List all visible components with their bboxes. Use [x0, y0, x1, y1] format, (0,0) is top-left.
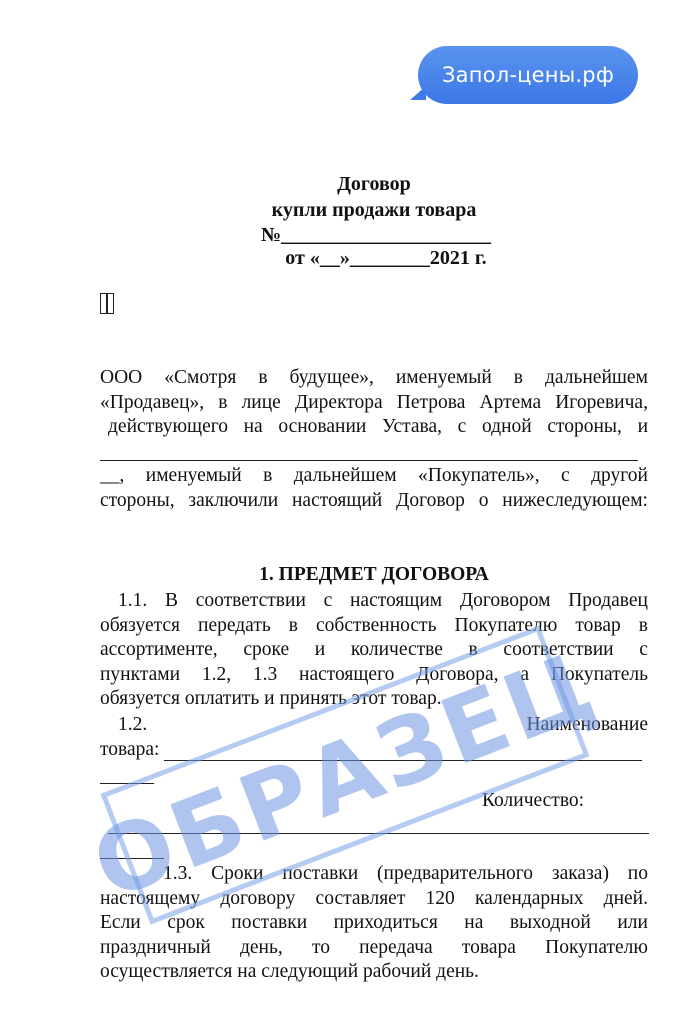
missing-glyph-icon	[100, 293, 114, 314]
word: на	[244, 415, 263, 440]
word: ООО	[100, 366, 142, 391]
word: количестве	[351, 638, 443, 663]
word: Покупатель	[551, 663, 648, 688]
word: Петрова	[397, 391, 466, 416]
brand-badge-text: Запол-цены.рф	[442, 63, 614, 87]
word: Устава,	[382, 415, 442, 440]
word: стороны,	[547, 415, 622, 440]
preamble: ООО«Смотрявбудущее»,именуемыйвдальнейшем…	[100, 366, 648, 440]
word: «Смотря	[164, 366, 236, 391]
word: в	[218, 391, 227, 416]
word: лице	[242, 391, 281, 416]
doc-number-line: №_____________________	[26, 224, 700, 247]
word: именуемый	[396, 366, 492, 391]
word: с	[561, 464, 570, 489]
word: товар	[575, 614, 620, 639]
word: В	[165, 589, 178, 614]
word: Продавец	[568, 589, 648, 614]
word: дней.	[604, 887, 648, 912]
preamble-line: ООО«Смотрявбудущее»,именуемыйвдальнейшем	[100, 366, 648, 391]
clause-line: Еслисрокпоставкиприходитьсянавыходнойили	[100, 911, 648, 936]
word: в	[469, 638, 478, 663]
word: настоящему	[100, 887, 200, 912]
word: другой	[591, 464, 648, 489]
doc-title: Договор	[24, 173, 700, 196]
word: 120	[426, 887, 455, 912]
word: выходной	[510, 911, 591, 936]
word: Договором	[460, 589, 551, 614]
word: стороны,	[100, 489, 175, 514]
preamble-line: «Продавец»,влицеДиректораПетроваАртемаИг…	[100, 391, 648, 416]
clause-line: пунктами1.2,1.3настоящегоДоговора,аПокуп…	[100, 663, 648, 688]
word: заключили	[188, 489, 278, 514]
word: настоящего	[299, 663, 394, 688]
clause-line: обязуется оплатить и принять этот товар.	[100, 687, 648, 712]
word: на	[464, 911, 483, 936]
word: настоящим	[350, 589, 442, 614]
word: с	[324, 589, 333, 614]
word: заказа)	[552, 862, 609, 887]
clause-line: 1.3.Срокипоставки(предварительногозаказа…	[100, 862, 648, 887]
quantity-label: Количество:	[482, 789, 584, 814]
word: поставки	[231, 911, 307, 936]
word: 1.2,	[202, 663, 231, 688]
word: составляет	[316, 887, 406, 912]
quantity-field-cont[interactable]	[100, 858, 164, 859]
word: передача	[359, 936, 433, 961]
product-name-field-cont[interactable]	[100, 783, 154, 784]
word: поставки	[282, 862, 358, 887]
clause-line: настоящемудоговорусоставляет120календарн…	[100, 887, 648, 912]
clause-number: 1.2.	[118, 713, 147, 738]
clause-1-1: 1.1.ВсоответствииснастоящимДоговоромПрод…	[100, 589, 648, 712]
word: дальнейшем	[545, 366, 648, 391]
word: «Продавец»,	[100, 391, 204, 416]
word: Договор	[396, 489, 465, 514]
preamble-cont: __,именуемыйвдальнейшем«Покупатель»,сдру…	[100, 464, 648, 513]
word: приходиться	[334, 911, 438, 936]
word: в	[639, 614, 648, 639]
quantity-field[interactable]	[108, 833, 649, 834]
name-label: Наименование	[527, 713, 649, 738]
preamble-line: действующегонаоснованииУстава,соднойстор…	[100, 415, 648, 440]
word: __,	[100, 464, 124, 489]
word: «Покупатель»,	[418, 464, 540, 489]
clause-line: обязуетсяпередатьвсобственностьПокупател…	[100, 614, 648, 639]
clause-line: 1.1.ВсоответствииснастоящимДоговоромПрод…	[100, 589, 648, 614]
word: а	[520, 663, 529, 688]
word: Директора	[295, 391, 383, 416]
word: Игоревича,	[555, 391, 648, 416]
doc-date-line: от «__»________2021 г.	[36, 247, 700, 270]
word: 1.3	[253, 663, 277, 688]
word: и	[315, 638, 325, 663]
word: ассортименте,	[100, 638, 218, 663]
word: действующего	[108, 415, 228, 440]
clause-1-3: 1.3.Срокипоставки(предварительногозаказа…	[100, 862, 648, 985]
word: с	[458, 415, 467, 440]
clause-line: ассортименте,срокеиколичествевсоответств…	[100, 638, 648, 663]
word: собственность	[316, 614, 436, 639]
clause-line: праздничныйдень,топередачатовараПокупате…	[100, 936, 648, 961]
word: (предварительного	[377, 862, 533, 887]
word: Если	[100, 911, 141, 936]
section-heading: 1. ПРЕДМЕТ ДОГОВОРА	[0, 564, 700, 586]
word: соответствии	[196, 589, 306, 614]
word: с	[639, 638, 648, 663]
word: соответствии	[503, 638, 613, 663]
word: 1.3.	[163, 862, 192, 887]
preamble-line: стороны,заключилинастоящийДоговоронижесл…	[100, 489, 648, 514]
word: договору	[220, 887, 295, 912]
product-name-field[interactable]	[164, 760, 642, 761]
buyer-name-blank[interactable]	[100, 460, 638, 461]
word: день,	[240, 936, 283, 961]
word: календарных	[475, 887, 583, 912]
word: в	[514, 366, 523, 391]
word: пунктами	[100, 663, 180, 688]
word: срок	[167, 911, 205, 936]
word: настоящий	[292, 489, 382, 514]
word: в	[258, 366, 267, 391]
word: о	[479, 489, 489, 514]
word: основании	[278, 415, 366, 440]
word: Договора,	[416, 663, 498, 688]
word: по	[628, 862, 648, 887]
name-field-label: товара:	[100, 738, 648, 763]
preamble-line: __,именуемыйвдальнейшем«Покупатель»,сдру…	[100, 464, 648, 489]
word: Покупателю	[455, 614, 558, 639]
word: одной	[482, 415, 532, 440]
word: Артема	[480, 391, 542, 416]
word: праздничный	[100, 936, 211, 961]
word: то	[312, 936, 330, 961]
doc-subtitle: купли продажи товара	[24, 199, 700, 222]
word: нижеследующем:	[502, 489, 648, 514]
word: 1.1.	[118, 589, 147, 614]
word: товара	[462, 936, 516, 961]
word: именуемый	[146, 464, 242, 489]
word: или	[617, 911, 648, 936]
word: будущее»,	[290, 366, 374, 391]
brand-badge[interactable]: Запол-цены.рф	[418, 46, 638, 104]
word: дальнейшем	[294, 464, 397, 489]
word: сроке	[243, 638, 289, 663]
word: Покупателю	[545, 936, 648, 961]
word: в	[289, 614, 298, 639]
word: и	[638, 415, 648, 440]
word: передать	[198, 614, 271, 639]
clause-line: осуществляется на следующий рабочий день…	[100, 960, 648, 985]
word: обязуется	[100, 614, 180, 639]
word: Сроки	[211, 862, 263, 887]
clause-1-2: 1.2. Наименование товара:	[100, 713, 648, 762]
word: в	[263, 464, 272, 489]
